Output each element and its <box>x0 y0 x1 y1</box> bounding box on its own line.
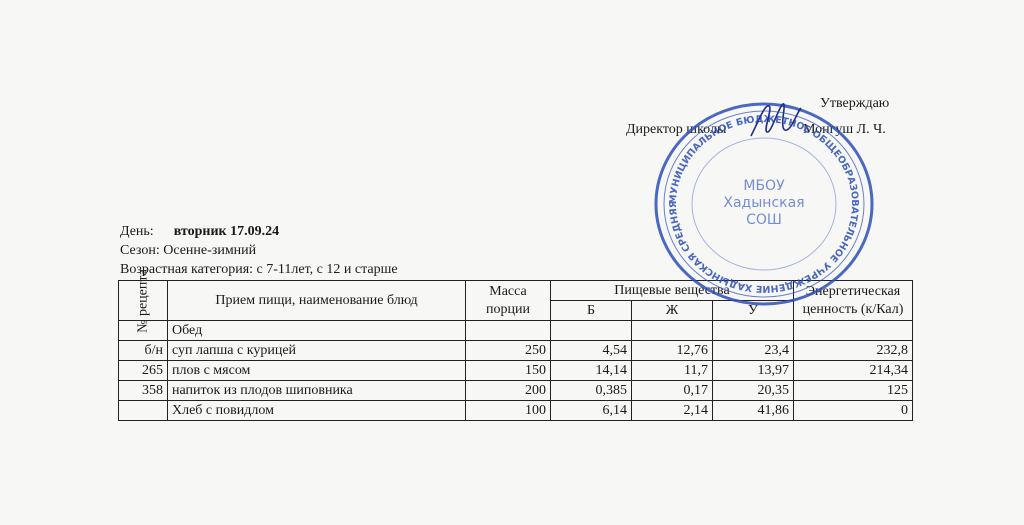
carbs-value: 20,35 <box>713 381 794 401</box>
table-row: 358напиток из плодов шиповника2000,3850,… <box>119 381 913 401</box>
table-row: 265плов с мясом15014,1411,713,97214,34 <box>119 361 913 381</box>
header-recipe: № рецепта <box>119 281 168 321</box>
svg-text:СОШ: СОШ <box>746 212 782 228</box>
header-nutrients: Пищевые вещества <box>551 281 794 301</box>
header-energy: Энергетическая ценность (к/Кал) <box>794 281 913 321</box>
day-line: День:вторник 17.09.24 <box>120 224 279 240</box>
header-u: У <box>713 301 794 321</box>
recipe-number: б/н <box>119 341 168 361</box>
table-row: б/нсуп лапша с курицей2504,5412,7623,423… <box>119 341 913 361</box>
dish-name: суп лапша с курицей <box>168 341 466 361</box>
protein-value: 6,14 <box>551 401 632 421</box>
recipe-number: 358 <box>119 381 168 401</box>
dish-name: Хлеб с повидлом <box>168 401 466 421</box>
season-line: Сезон: Осенне-зимний <box>120 243 256 259</box>
energy-value: 214,34 <box>794 361 913 381</box>
header-dish: Прием пищи, наименование блюд <box>168 281 466 321</box>
fat-value: 0,17 <box>632 381 713 401</box>
dish-name: плов с мясом <box>168 361 466 381</box>
energy-value: 0 <box>794 401 913 421</box>
approval-name: Монгуш Л. Ч. <box>803 122 886 138</box>
carbs-value: 23,4 <box>713 341 794 361</box>
section-label: Обед <box>168 321 466 341</box>
day-label: День: <box>120 224 154 239</box>
portion-mass: 150 <box>466 361 551 381</box>
recipe-number <box>119 401 168 421</box>
portion-mass: 250 <box>466 341 551 361</box>
carbs-value: 41,86 <box>713 401 794 421</box>
day-value: вторник 17.09.24 <box>174 224 279 239</box>
section-row: Обед <box>119 321 913 341</box>
menu-table: № рецепта Прием пищи, наименование блюд … <box>118 280 913 421</box>
protein-value: 4,54 <box>551 341 632 361</box>
approval-title: Утверждаю <box>820 96 889 112</box>
protein-value: 0,385 <box>551 381 632 401</box>
header-b: Б <box>551 301 632 321</box>
protein-value: 14,14 <box>551 361 632 381</box>
fat-value: 11,7 <box>632 361 713 381</box>
svg-text:МБОУ: МБОУ <box>743 178 785 194</box>
table-row: Хлеб с повидлом1006,142,1441,860 <box>119 401 913 421</box>
signature <box>745 100 805 140</box>
age-category-line: Возрастная категория: с 7-11лет, с 12 и … <box>120 262 398 278</box>
energy-value: 232,8 <box>794 341 913 361</box>
portion-mass: 200 <box>466 381 551 401</box>
dish-name: напиток из плодов шиповника <box>168 381 466 401</box>
approval-position: Директор школы <box>626 122 726 138</box>
header-zh: Ж <box>632 301 713 321</box>
carbs-value: 13,97 <box>713 361 794 381</box>
portion-mass: 100 <box>466 401 551 421</box>
header-mass: Масса порции <box>466 281 551 321</box>
svg-text:Хадынская: Хадынская <box>723 195 804 211</box>
fat-value: 2,14 <box>632 401 713 421</box>
energy-value: 125 <box>794 381 913 401</box>
fat-value: 12,76 <box>632 341 713 361</box>
recipe-number: 265 <box>119 361 168 381</box>
